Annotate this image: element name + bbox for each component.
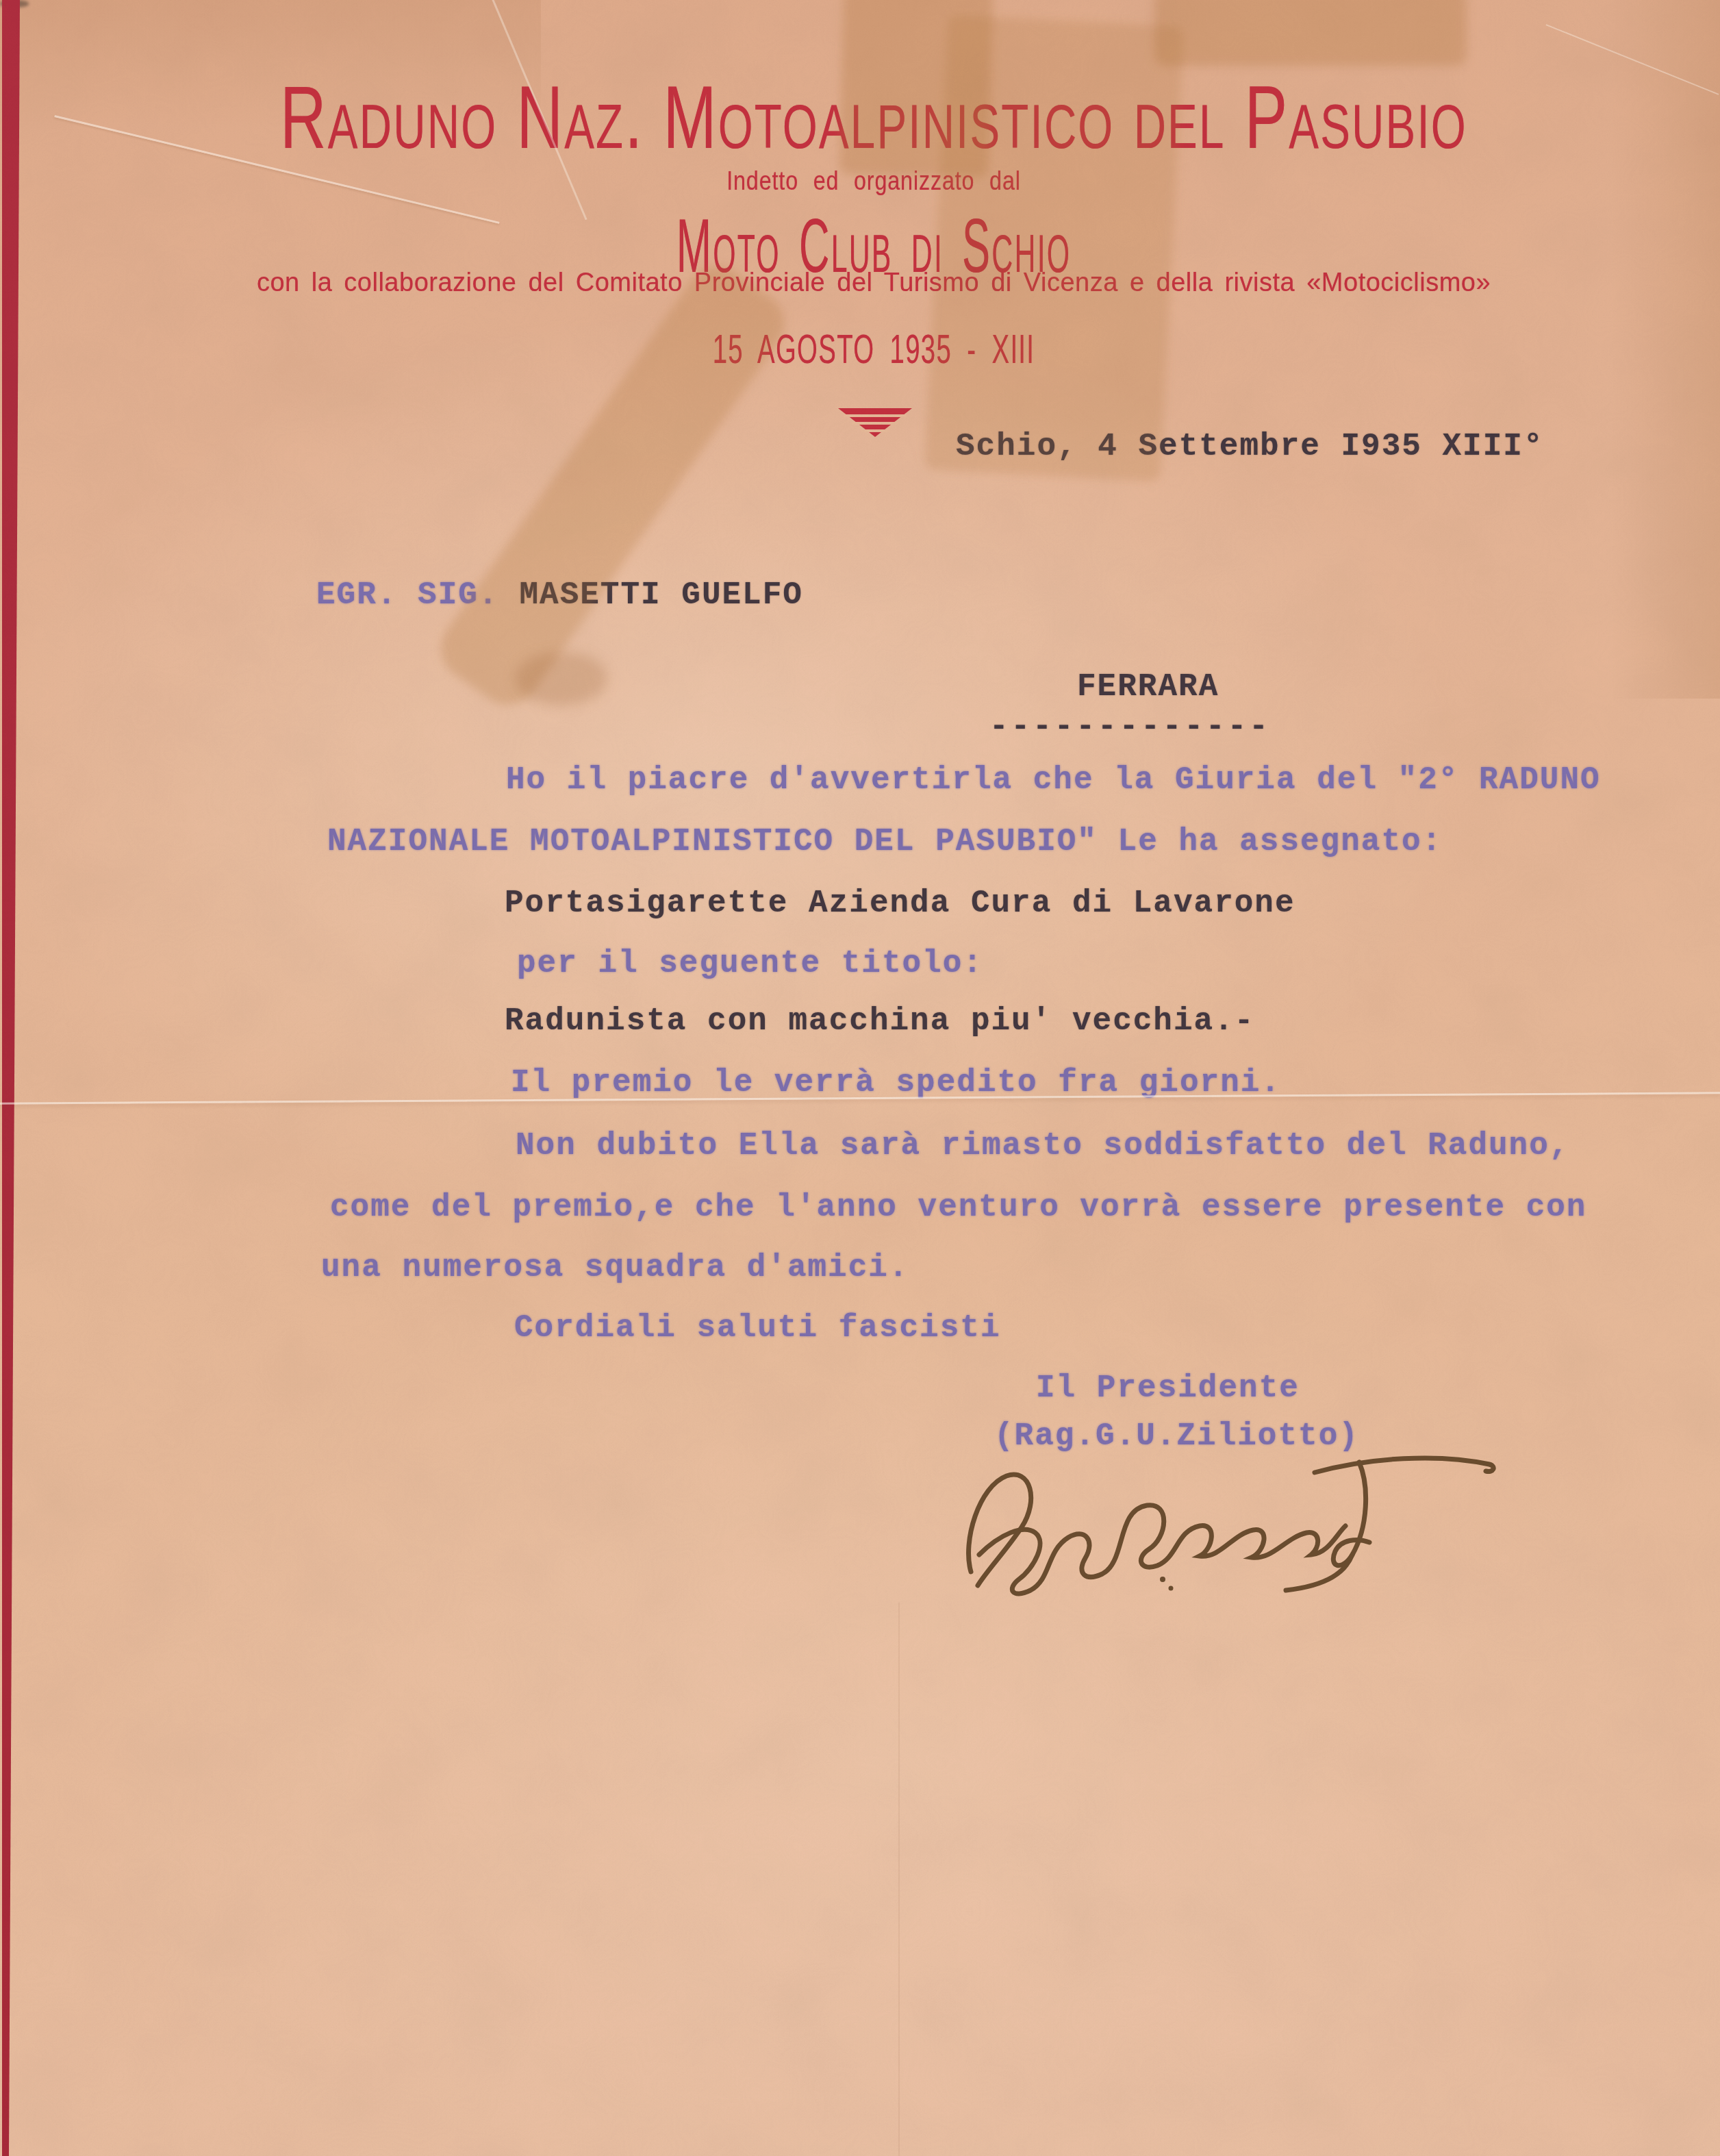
recipient-city: FERRARA <box>1077 671 1219 703</box>
body-award-title-line: Radunista con macchina piu' vecchia.- <box>505 1005 1254 1037</box>
tape-mark-diagonal <box>429 255 796 717</box>
tape-mark-center-patch <box>924 14 1184 481</box>
signature-autograph <box>959 1445 1506 1603</box>
body-final-line2: come del premio,e che l'anno venturo vor… <box>330 1192 1586 1223</box>
body-prize-line: Portasigarette Azienda Cura di Lavarone <box>505 888 1295 919</box>
scanned-letter-page: Raduno Naz. Motoalpinistico del Pasubio … <box>0 0 1720 2156</box>
body-final-line1: Non dubito Ella sarà rimasto soddisfatto… <box>516 1130 1569 1162</box>
scan-shadow-right <box>1610 0 1720 699</box>
body-shipping-line: Il premio le verrà spedito fra giorni. <box>511 1067 1281 1099</box>
body-para1-line2: NAZIONALE MOTOALPINISTICO DEL PASUBIO" L… <box>327 826 1442 857</box>
body-title-intro-line: per il seguente titolo: <box>517 948 983 979</box>
body-final-line3: una numerosa squadra d'amici. <box>321 1252 909 1283</box>
signature-role-line: Il Presidente <box>1036 1372 1300 1404</box>
tape-mark-top-right <box>1154 0 1467 66</box>
red-margin-stripe <box>0 0 23 2156</box>
stain-mark <box>515 652 607 705</box>
letterhead-collaboration-line: con la collaborazione del Comitato Provi… <box>14 270 1720 296</box>
city-underline-dashes: ------------- <box>989 711 1271 742</box>
crease-line <box>898 1603 900 2156</box>
letterhead-event-date: 15 AGOSTO 1935 - XIII <box>323 329 1424 370</box>
body-closing-line: Cordiali saluti fascisti <box>514 1312 1001 1344</box>
triangle-ornament-icon <box>838 408 912 438</box>
body-para1-line1: Ho il piacre d'avvertirla che la Giuria … <box>506 764 1601 796</box>
